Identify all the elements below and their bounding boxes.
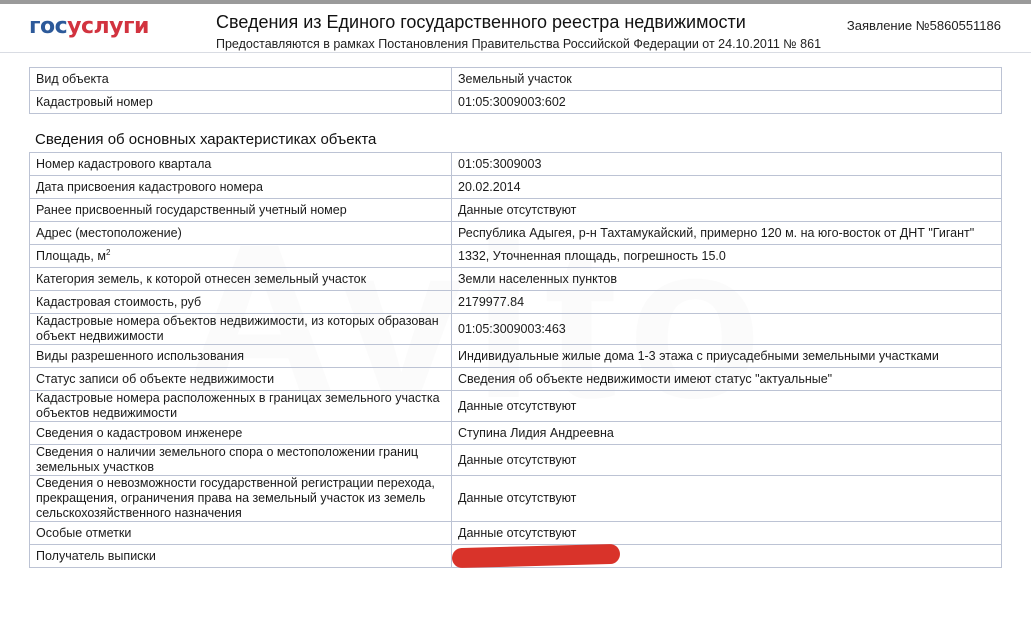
- row-value: 1332, Уточненная площадь, погрешность 15…: [452, 245, 1002, 268]
- row-label: Площадь, м2: [30, 245, 452, 268]
- table-row: Ранее присвоенный государственный учетны…: [30, 199, 1002, 222]
- row-label: Кадастровые номера расположенных в грани…: [30, 391, 452, 422]
- row-label: Адрес (местоположение): [30, 222, 452, 245]
- redaction-mark: [452, 544, 620, 568]
- row-value: Данные отсутствуют: [452, 522, 1002, 545]
- table-row: Площадь, м21332, Уточненная площадь, пог…: [30, 245, 1002, 268]
- row-value: [452, 545, 1002, 568]
- table-row: Кадастровая стоимость, руб2179977.84: [30, 291, 1002, 314]
- table-row: Сведения о невозможности государственной…: [30, 476, 1002, 522]
- table-row: Статус записи об объекте недвижимостиСве…: [30, 368, 1002, 391]
- row-label: Вид объекта: [30, 68, 452, 91]
- row-value: Республика Адыгея, р-н Тахтамукайский, п…: [452, 222, 1002, 245]
- row-label: Номер кадастрового квартала: [30, 153, 452, 176]
- table-row: Категория земель, к которой отнесен земе…: [30, 268, 1002, 291]
- object-table: Вид объекта Земельный участок Кадастровы…: [29, 67, 1002, 114]
- table-row: Сведения о наличии земельного спора о ме…: [30, 445, 1002, 476]
- row-label: Статус записи об объекте недвижимости: [30, 368, 452, 391]
- row-value: 20.02.2014: [452, 176, 1002, 199]
- characteristics-table: Номер кадастрового квартала01:05:3009003…: [29, 152, 1002, 568]
- area-label: Площадь, м: [36, 249, 106, 263]
- row-label: Виды разрешенного использования: [30, 345, 452, 368]
- row-value: Данные отсутствуют: [452, 476, 1002, 522]
- row-value: Земельный участок: [452, 68, 1002, 91]
- row-value: 01:05:3009003:463: [452, 314, 1002, 345]
- table-row: Адрес (местоположение)Республика Адыгея,…: [30, 222, 1002, 245]
- row-label: Получатель выписки: [30, 545, 452, 568]
- table-row: Получатель выписки: [30, 545, 1002, 568]
- row-label: Кадастровый номер: [30, 91, 452, 114]
- table-row: Виды разрешенного использованияИндивидуа…: [30, 345, 1002, 368]
- row-label: Ранее присвоенный государственный учетны…: [30, 199, 452, 222]
- row-label: Особые отметки: [30, 522, 452, 545]
- table-row: Особые отметкиДанные отсутствуют: [30, 522, 1002, 545]
- table-row: Кадастровые номера расположенных в грани…: [30, 391, 1002, 422]
- row-value: Ступина Лидия Андреевна: [452, 422, 1002, 445]
- row-label: Сведения о кадастровом инженере: [30, 422, 452, 445]
- row-label: Кадастровые номера объектов недвижимости…: [30, 314, 452, 345]
- row-label: Кадастровая стоимость, руб: [30, 291, 452, 314]
- logo-part-uslugi: услуги: [67, 14, 149, 39]
- row-value: 01:05:3009003: [452, 153, 1002, 176]
- table-row: Кадастровые номера объектов недвижимости…: [30, 314, 1002, 345]
- row-value: Земли населенных пунктов: [452, 268, 1002, 291]
- page-title: Сведения из Единого государственного рее…: [216, 12, 746, 33]
- logo-part-gos: гос: [29, 14, 67, 39]
- gosuslugi-logo[interactable]: госуслуги: [29, 14, 149, 39]
- request-number: Заявление №5860551186: [847, 18, 1001, 33]
- row-value: Индивидуальные жилые дома 1-3 этажа с пр…: [452, 345, 1002, 368]
- section-title: Сведения об основных характеристиках объ…: [35, 131, 376, 148]
- page-header: госуслуги Сведения из Единого государств…: [0, 4, 1031, 53]
- area-unit-sup: 2: [106, 247, 110, 256]
- table-row: Дата присвоения кадастрового номера20.02…: [30, 176, 1002, 199]
- row-label: Сведения о невозможности государственной…: [30, 476, 452, 522]
- table-row: Вид объекта Земельный участок: [30, 68, 1002, 91]
- row-label: Дата присвоения кадастрового номера: [30, 176, 452, 199]
- table-row: Сведения о кадастровом инженереСтупина Л…: [30, 422, 1002, 445]
- table-row: Кадастровый номер 01:05:3009003:602: [30, 91, 1002, 114]
- row-value: Сведения об объекте недвижимости имеют с…: [452, 368, 1002, 391]
- row-value: 01:05:3009003:602: [452, 91, 1002, 114]
- row-value: Данные отсутствуют: [452, 199, 1002, 222]
- row-value: 2179977.84: [452, 291, 1002, 314]
- row-label: Сведения о наличии земельного спора о ме…: [30, 445, 452, 476]
- row-value: Данные отсутствуют: [452, 391, 1002, 422]
- table-row: Номер кадастрового квартала01:05:3009003: [30, 153, 1002, 176]
- page-subtitle: Предоставляются в рамках Постановления П…: [216, 37, 821, 51]
- row-value: Данные отсутствуют: [452, 445, 1002, 476]
- row-label: Категория земель, к которой отнесен земе…: [30, 268, 452, 291]
